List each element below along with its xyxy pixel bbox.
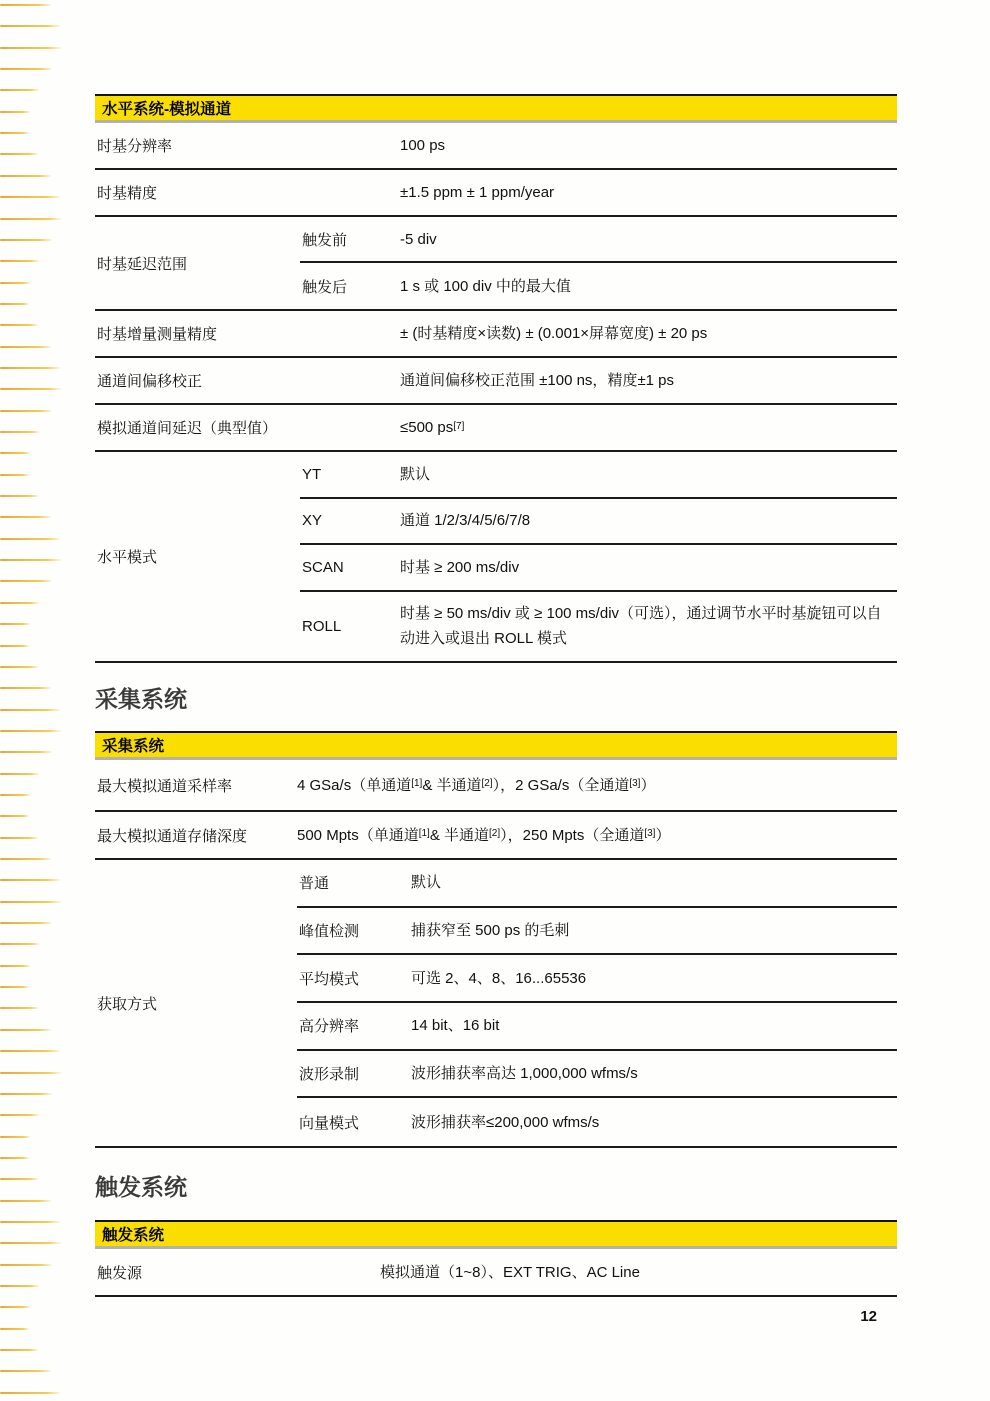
edge-line (0, 986, 29, 988)
edge-line (0, 175, 51, 177)
row-value: ± (时基精度×读数) ± (0.001×屏幕宽度) ± 20 ps (400, 311, 897, 356)
table-subrow: 向量模式 波形捕获率≤200,000 wfms/s (297, 1098, 897, 1146)
edge-line (0, 751, 52, 753)
edge-line (0, 89, 39, 91)
edge-line (0, 559, 61, 561)
edge-line (0, 25, 60, 27)
edge-line (0, 324, 38, 326)
edge-line (0, 1370, 51, 1372)
edge-line (0, 943, 39, 945)
edge-line (0, 1029, 51, 1031)
edge-line (0, 1392, 60, 1394)
row-label: 最大模拟通道采样率 (95, 760, 297, 810)
edge-line (0, 111, 30, 113)
horizontal-table-header-label: 水平系统-模拟通道 (102, 97, 231, 119)
page-edge-decoration (0, 0, 80, 1401)
subrow-label: YT (300, 452, 400, 497)
edge-line (0, 730, 61, 732)
edge-line (0, 1328, 29, 1330)
table-subrow: 峰值检测 捕获窄至 500 ps 的毛刺 (297, 908, 897, 956)
edge-line (0, 687, 51, 689)
table-row: 最大模拟通道采样率 4 GSa/s（单通道[1] & 半通道[2]），2 GSa… (95, 760, 897, 812)
edge-line (0, 431, 39, 433)
edge-line (0, 260, 39, 262)
edge-line (0, 196, 60, 198)
subrow-label: 普通 (297, 860, 411, 906)
table-subrow: ROLL 时基 ≥ 50 ms/div 或 ≥ 100 ms/div（可选），通… (300, 592, 897, 661)
table-subrow: SCAN 时基 ≥ 200 ms/div (300, 545, 897, 592)
subrow-value: 默认 (411, 860, 897, 906)
edge-line (0, 1200, 51, 1202)
edge-line (0, 1136, 30, 1138)
edge-line (0, 1178, 38, 1180)
acquisition-table-header-bar: 采集系统 (95, 731, 897, 760)
edge-line (0, 367, 60, 369)
row-value: 100 ps (400, 123, 897, 168)
subrow-value: 默认 (400, 452, 897, 497)
edge-line (0, 1093, 52, 1095)
row-value: 通道间偏移校正范围 ±100 ns，精度±1 ps (400, 358, 897, 403)
edge-line (0, 965, 30, 967)
document-page: 水平系统-模拟通道 时基分辨率 100 ps 时基精度 ±1.5 ppm ± 1… (0, 0, 990, 1401)
edge-line (0, 346, 51, 348)
edge-line (0, 709, 60, 711)
subrow-label: 向量模式 (297, 1098, 411, 1146)
table-subrow: 普通 默认 (297, 860, 897, 908)
edge-line (0, 645, 29, 647)
edge-line (0, 1242, 61, 1244)
table-row: 通道间偏移校正 通道间偏移校正范围 ±100 ns，精度±1 ps (95, 358, 897, 405)
subrow-value: 通道 1/2/3/4/5/6/7/8 (400, 499, 897, 544)
row-label: 时基增量测量精度 (95, 311, 400, 356)
edge-line (0, 495, 38, 497)
subrow-value: 波形捕获率高达 1,000,000 wfms/s (411, 1051, 897, 1097)
edge-line (0, 666, 38, 668)
row-label: 时基精度 (95, 170, 400, 215)
edge-line (0, 794, 30, 796)
subrow-label: 峰值检测 (297, 908, 411, 954)
horizontal-table-header-bar: 水平系统-模拟通道 (95, 94, 897, 123)
edge-line (0, 239, 52, 241)
subrow-label: XY (300, 499, 400, 544)
edge-line (0, 1114, 39, 1116)
edge-line (0, 1157, 29, 1159)
table-row-group: 获取方式 普通 默认 峰值检测 捕获窄至 500 ps 的毛刺 平均模式 可选 (95, 860, 897, 1148)
table-row: 模拟通道间延迟（典型值） ≤500 ps[7] (95, 405, 897, 452)
row-value: 模拟通道（1~8）、EXT TRIG、AC Line (380, 1249, 897, 1295)
table-row: 时基分辨率 100 ps (95, 123, 897, 170)
edge-line (0, 1050, 60, 1052)
edge-line (0, 1285, 39, 1287)
table-row: 触发源 模拟通道（1~8）、EXT TRIG、AC Line (95, 1249, 897, 1297)
table-row: 时基精度 ±1.5 ppm ± 1 ppm/year (95, 170, 897, 217)
edge-line (0, 132, 29, 134)
edge-line (0, 773, 39, 775)
subrow-label: SCAN (300, 545, 400, 590)
subrow-label: 平均模式 (297, 955, 411, 1001)
edge-line (0, 879, 60, 881)
edge-line (0, 153, 38, 155)
edge-line (0, 47, 61, 49)
row-value: 500 Mpts（单通道[1] & 半通道[2]），250 Mpts（全通道[3… (297, 812, 897, 858)
edge-line (0, 815, 29, 817)
table-subrow: 平均模式 可选 2、4、8、16...65536 (297, 955, 897, 1003)
subrow-value: 捕获窄至 500 ps 的毛刺 (411, 908, 897, 954)
subrow-value: 时基 ≥ 50 ms/div 或 ≥ 100 ms/div（可选），通过调节水平… (400, 592, 897, 661)
table-row: 最大模拟通道存储深度 500 Mpts（单通道[1] & 半通道[2]），250… (95, 812, 897, 860)
subrow-label: 波形录制 (297, 1051, 411, 1097)
edge-line (0, 1264, 52, 1266)
edge-line (0, 1221, 60, 1223)
subrow-value: -5 div (400, 217, 897, 261)
row-value: ≤500 ps[7] (400, 405, 897, 450)
edge-line (0, 922, 52, 924)
trigger-table-header-label: 触发系统 (102, 1223, 164, 1245)
edge-line (0, 410, 52, 412)
subrow-value: 14 bit、16 bit (411, 1003, 897, 1049)
subrow-value: 波形捕获率≤200,000 wfms/s (411, 1098, 897, 1146)
subrow-value: 时基 ≥ 200 ms/div (400, 545, 897, 590)
edge-line (0, 218, 61, 220)
edge-line (0, 1007, 38, 1009)
table-subrow: 触发前 -5 div (300, 217, 897, 263)
subrow-value: 可选 2、4、8、16...65536 (411, 955, 897, 1001)
row-label: 最大模拟通道存储深度 (95, 812, 297, 858)
edge-line (0, 580, 52, 582)
edge-line (0, 602, 39, 604)
table-subrow: 高分辨率 14 bit、16 bit (297, 1003, 897, 1051)
edge-line (0, 452, 30, 454)
edge-line (0, 303, 29, 305)
table-row-group: 时基延迟范围 触发前 -5 div 触发后 1 s 或 100 div 中的最大… (95, 217, 897, 311)
group-label: 获取方式 (95, 860, 297, 1146)
table-row: 时基增量测量精度 ± (时基精度×读数) ± (0.001×屏幕宽度) ± 20… (95, 311, 897, 358)
table-subrow: YT 默认 (300, 452, 897, 499)
table-subrow: XY 通道 1/2/3/4/5/6/7/8 (300, 499, 897, 546)
table-subrow: 波形录制 波形捕获率高达 1,000,000 wfms/s (297, 1051, 897, 1099)
group-label: 时基延迟范围 (95, 217, 300, 309)
subrow-label: 触发前 (300, 217, 400, 261)
edge-line (0, 837, 38, 839)
row-value: ±1.5 ppm ± 1 ppm/year (400, 170, 897, 215)
row-label: 触发源 (95, 1249, 380, 1295)
edge-line (0, 282, 30, 284)
section-heading-acquisition: 采集系统 (95, 684, 897, 714)
edge-line (0, 68, 52, 70)
row-label: 时基分辨率 (95, 123, 400, 168)
acquisition-table-header-label: 采集系统 (102, 734, 164, 756)
edge-line (0, 1306, 30, 1308)
edge-line (0, 858, 51, 860)
edge-line (0, 1072, 61, 1074)
edge-line (0, 474, 29, 476)
group-label: 水平模式 (95, 452, 300, 661)
table-subrow: 触发后 1 s 或 100 div 中的最大值 (300, 263, 897, 309)
subrow-label: 触发后 (300, 263, 400, 309)
subrow-label: ROLL (300, 592, 400, 661)
section-heading-trigger: 触发系统 (95, 1172, 897, 1202)
page-number: 12 (95, 1308, 897, 1325)
subrow-value: 1 s 或 100 div 中的最大值 (400, 263, 897, 309)
row-value: 4 GSa/s（单通道[1] & 半通道[2]），2 GSa/s（全通道[3]） (297, 760, 897, 810)
edge-line (0, 538, 60, 540)
edge-line (0, 388, 61, 390)
edge-line (0, 516, 51, 518)
row-label: 模拟通道间延迟（典型值） (95, 405, 400, 450)
row-label: 通道间偏移校正 (95, 358, 400, 403)
edge-line (0, 901, 61, 903)
edge-line (0, 4, 51, 6)
trigger-table-header-bar: 触发系统 (95, 1220, 897, 1249)
table-row-group: 水平模式 YT 默认 XY 通道 1/2/3/4/5/6/7/8 SCAN 时基 (95, 452, 897, 663)
edge-line (0, 623, 30, 625)
edge-line (0, 1349, 38, 1351)
subrow-label: 高分辨率 (297, 1003, 411, 1049)
